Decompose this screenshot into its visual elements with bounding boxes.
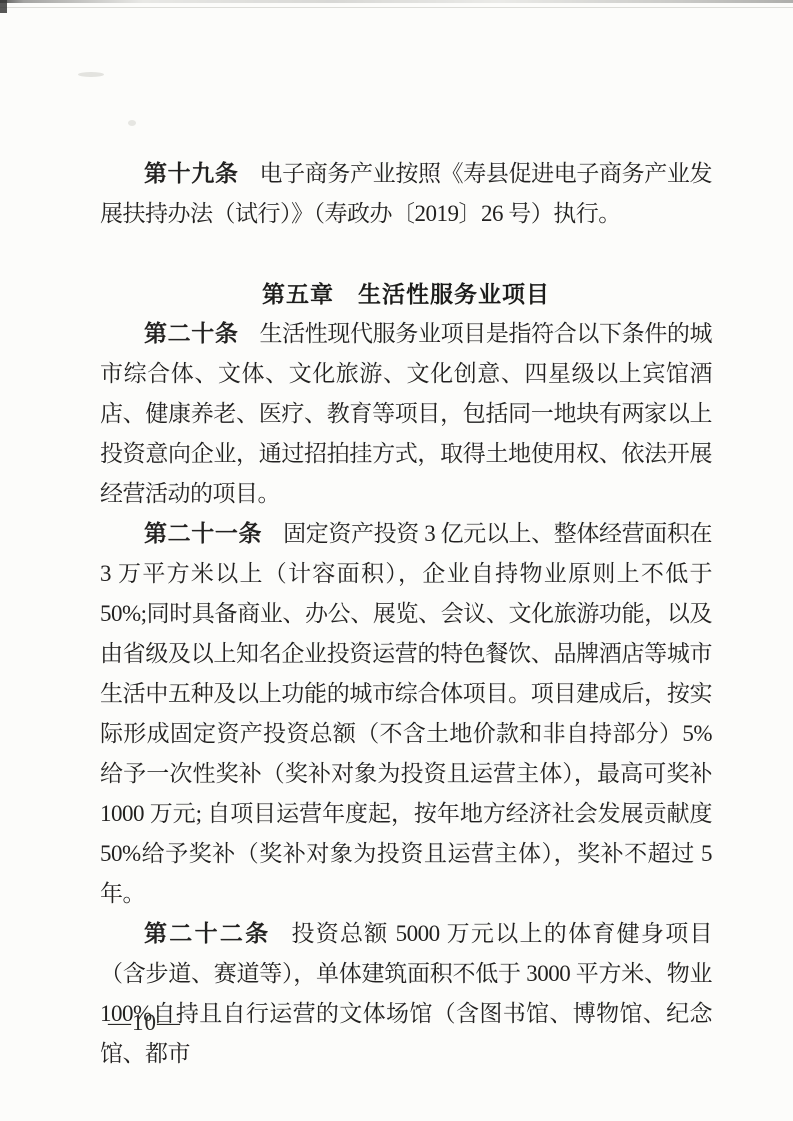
scan-artifact-streak [0, 7, 793, 8]
article-21-label: 第二十一条 [144, 521, 262, 546]
article-19-paragraph: 第十九条电子商务产业按照《寿县促进电子商务产业发展扶持办法（试行）》（寿政办〔2… [100, 154, 712, 234]
article-21-text: 固定资产投资 3 亿元以上、整体经营面积在 3 万平方米以上（计容面积），企业自… [100, 521, 712, 906]
chapter-5-heading: 第五章 生活性服务业项目 [100, 274, 712, 314]
article-20-paragraph: 第二十条生活性现代服务业项目是指符合以下条件的城市综合体、文体、文化旅游、文化创… [100, 314, 712, 514]
scan-artifact-top-edge [0, 0, 793, 3]
article-21-paragraph: 第二十一条固定资产投资 3 亿元以上、整体经营面积在 3 万平方米以上（计容面积… [100, 514, 712, 914]
document-body: 第十九条电子商务产业按照《寿县促进电子商务产业发展扶持办法（试行）》（寿政办〔2… [100, 154, 712, 1074]
scan-artifact-smudge [78, 72, 104, 77]
article-22-paragraph: 第二十二条投资总额 5000 万元以上的体育健身项目（含步道、赛道等），单体建筑… [100, 914, 712, 1074]
scanned-document-page: 第十九条电子商务产业按照《寿县促进电子商务产业发展扶持办法（试行）》（寿政办〔2… [0, 0, 793, 1121]
article-22-label: 第二十二条 [144, 921, 270, 946]
article-20-label: 第二十条 [144, 321, 239, 346]
article-19-label: 第十九条 [144, 161, 239, 186]
page-number: —10— [108, 1010, 181, 1036]
scan-artifact-smudge [128, 120, 136, 126]
scan-artifact-corner-mark [0, 0, 7, 13]
article-20-text: 生活性现代服务业项目是指符合以下条件的城市综合体、文体、文化旅游、文化创意、四星… [100, 321, 712, 506]
